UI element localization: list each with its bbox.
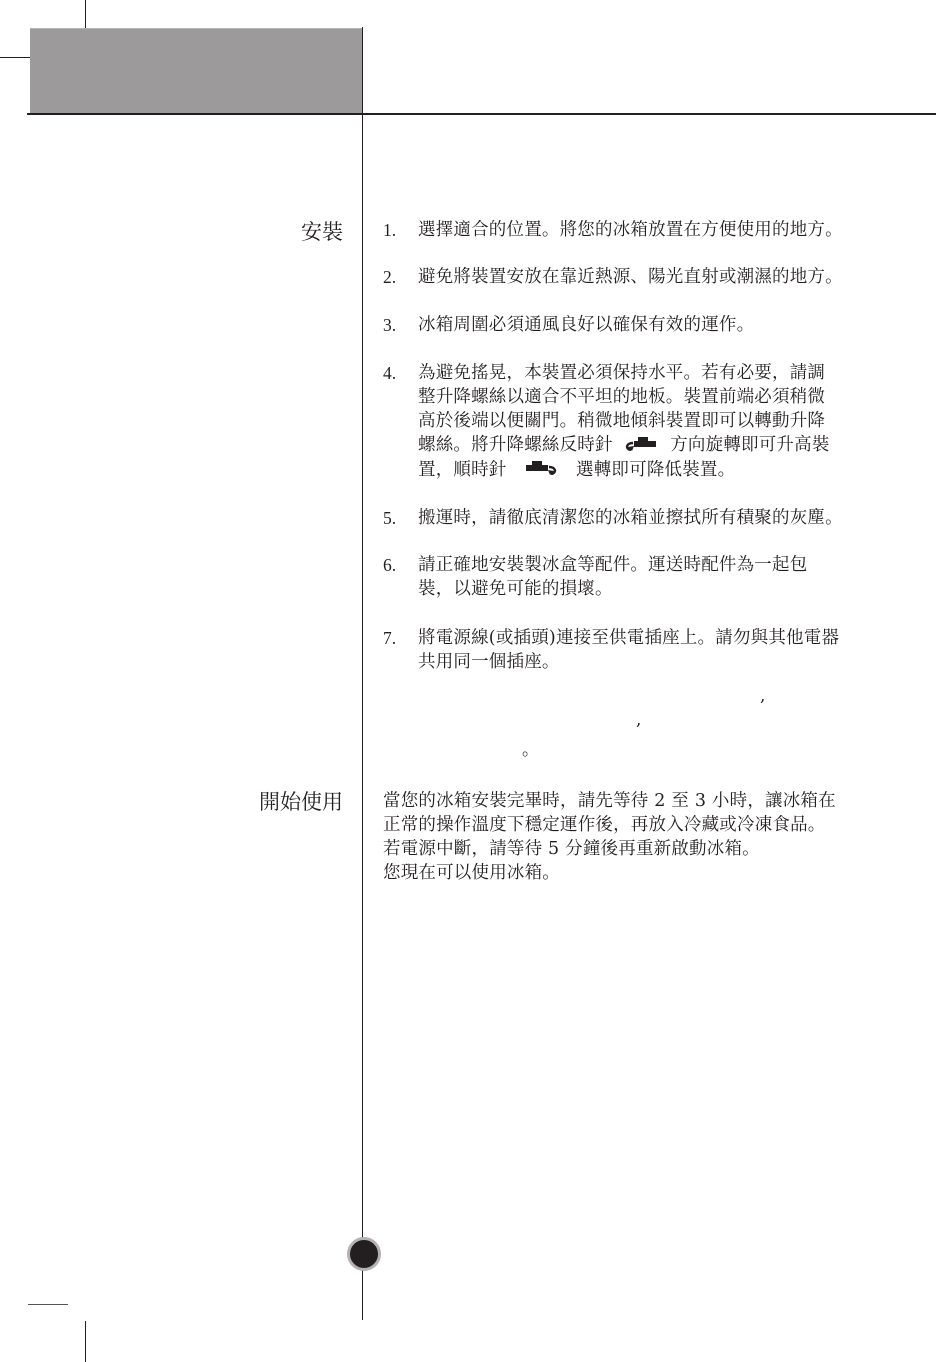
item-text: 冰箱周圍必須通風良好以確保有效的運作。 [418,313,903,337]
item-text: 搬運時，請徹底清潔您的冰箱並擦拭所有積聚的灰塵。 [418,506,903,530]
item-text: 請正確地安裝製冰盒等配件。運送時配件為一起包 裝，以避免可能的損壞。 [418,553,903,601]
stray-comma: , [636,710,641,730]
install-item-2: 2. 避免將裝置安放在靠近熱源、陽光直射或潮濕的地方。 [383,265,903,289]
start-paragraph: 當您的冰箱安裝完畢時，請先等待 2 至 3 小時，讓冰箱在 正常的操作溫度下穩定… [383,789,903,885]
crop-mark-bottom-vertical [85,1321,86,1362]
item-text: 選擇適合的位置。將您的冰箱放置在方便使用的地方。 [418,218,903,242]
item-line-part: 選轉即可降低裝置。 [576,460,735,480]
item-number: 7. [383,626,413,650]
section-title-install: 安裝 [301,216,343,246]
item-number: 5. [383,506,413,530]
page-number-dot [347,1237,381,1271]
install-item-1: 1. 選擇適合的位置。將您的冰箱放置在方便使用的地方。 [383,218,903,242]
item-line: 整升降螺絲以適合不平坦的地板。裝置前端必須稍微 [418,385,903,409]
install-item-6: 6. 請正確地安裝製冰盒等配件。運送時配件為一起包 裝，以避免可能的損壞。 [383,553,903,601]
install-item-3: 3. 冰箱周圍必須通風良好以確保有效的運作。 [383,313,903,337]
column-divider [362,27,363,1320]
install-item-7: 7. 將電源線(或插頭)連接至供電插座上。請勿與其他電器 共用同一個插座。 [383,626,903,674]
item-text: 將電源線(或插頭)連接至供電插座上。請勿與其他電器 共用同一個插座。 [418,626,903,674]
stray-period: 。 [522,735,539,760]
item-line: 螺絲。將升降螺絲反時針 方向旋轉即可升高裝 [418,433,903,458]
header-rule [27,113,936,115]
item-number: 3. [383,313,413,337]
item-number: 6. [383,553,413,577]
crop-mark-top-vertical [85,0,86,28]
section-title-start: 開始使用 [259,786,343,816]
item-line: 置，順時針 選轉即可降低裝置。 [418,458,903,483]
item-number: 4. [383,361,413,385]
item-line: 高於後端以便關門。稍微地傾斜裝置即可以轉動升降 [418,409,903,433]
item-number: 1. [383,218,413,242]
item-line-part: 置，順時針 [418,460,507,480]
header-gray-block [30,28,362,114]
install-item-5: 5. 搬運時，請徹底清潔您的冰箱並擦拭所有積聚的灰塵。 [383,506,903,530]
item-text: 為避免搖晃，本裝置必須保持水平。若有必要，請調 整升降螺絲以適合不平坦的地板。裝… [418,361,903,482]
item-line-part: 方向旋轉即可升高裝 [670,435,829,455]
item-number: 2. [383,265,413,289]
crop-mark-top-horizontal [0,57,30,58]
stray-comma: , [760,686,765,706]
clockwise-rotate-icon [524,458,558,482]
item-line-part: 螺絲。將升降螺絲反時針 [418,435,613,455]
item-line: 為避免搖晃，本裝置必須保持水平。若有必要，請調 [418,361,903,385]
install-item-4: 4. 為避免搖晃，本裝置必須保持水平。若有必要，請調 整升降螺絲以適合不平坦的地… [383,361,903,482]
item-text: 避免將裝置安放在靠近熱源、陽光直射或潮濕的地方。 [418,265,903,289]
counterclockwise-rotate-icon [624,434,658,458]
crop-mark-bottom-horizontal [28,1304,68,1305]
